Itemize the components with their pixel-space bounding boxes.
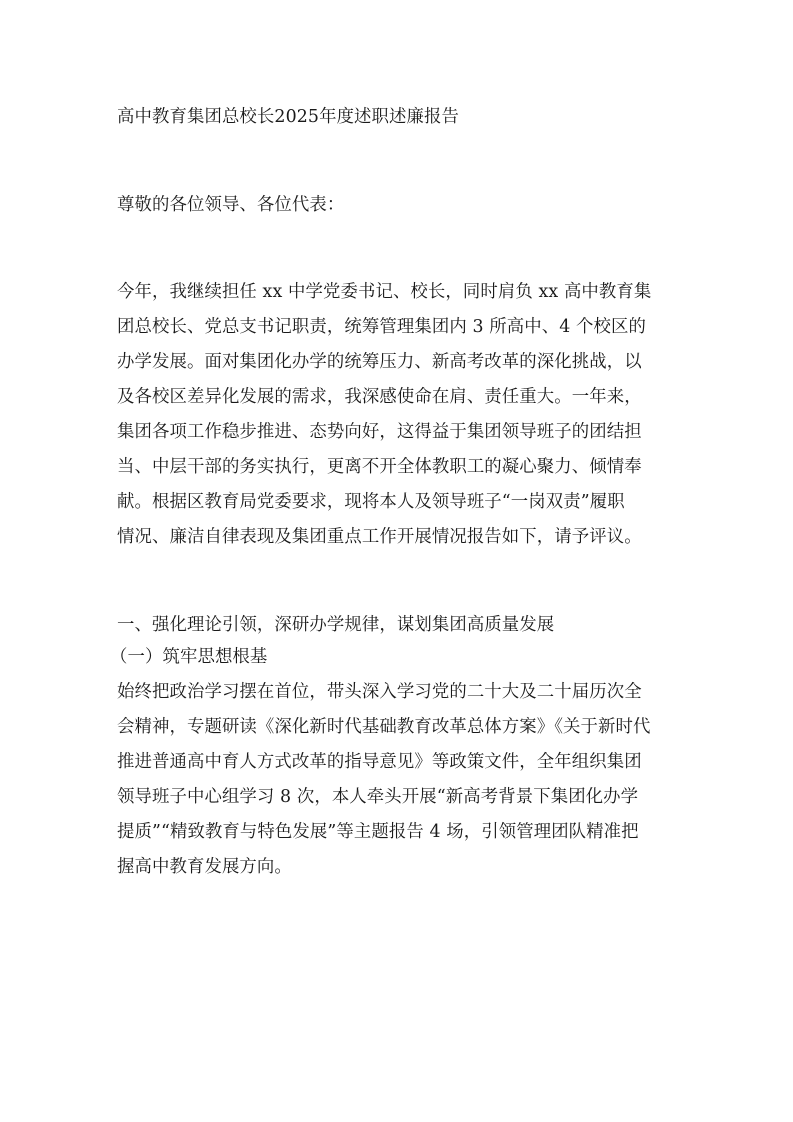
paragraph-line: 集团各项工作稳步推进、态势向好，这得益于集团领导班子的团结担 bbox=[117, 421, 642, 443]
salutation: 尊敬的各位领导、各位代表： bbox=[117, 194, 344, 216]
paragraph-line: 及各校区差异化发展的需求，我深感使命在肩、责任重大。一年来， bbox=[117, 386, 642, 408]
paragraph-line: 始终把政治学习摆在首位，带头深入学习党的二十大及二十届历次全 bbox=[117, 681, 642, 703]
paragraph-line: 提质”“精致教育与特色发展”等主题报告 4 场，引领管理团队精准把 bbox=[117, 821, 639, 843]
paragraph-line: 情况、廉洁自律表现及集团重点工作开展情况报告如下，请予评议。 bbox=[117, 526, 642, 548]
document-page: 高中教育集团总校长2025年度述职述廉报告 尊敬的各位领导、各位代表： 今年，我… bbox=[0, 0, 793, 1122]
paragraph-line: 献。根据区教育局党委要求，现将本人及领导班子“一岗双责”履职 bbox=[117, 491, 625, 513]
paragraph-line: 推进普通高中育人方式改革的指导意见》等政策文件，全年组织集团 bbox=[117, 751, 642, 773]
document-title: 高中教育集团总校长2025年度述职述廉报告 bbox=[117, 106, 459, 128]
paragraph-line: 当、中层干部的务实执行，更离不开全体教职工的凝心聚力、倾情奉 bbox=[117, 456, 642, 478]
paragraph-line: 今年，我继续担任 xx 中学党委书记、校长，同时肩负 xx 高中教育集 bbox=[117, 281, 651, 303]
paragraph-line: 会精神，专题研读《深化新时代基础教育改革总体方案》《关于新时代 bbox=[117, 716, 651, 738]
paragraph-line: 办学发展。面对集团化办学的统筹压力、新高考改革的深化挑战，以 bbox=[117, 351, 642, 373]
paragraph-line: 团总校长、党总支书记职责，统筹管理集团内 3 所高中、4 个校区的 bbox=[117, 316, 646, 338]
paragraph-line: 握高中教育发展方向。 bbox=[117, 856, 292, 878]
paragraph-line: 领导班子中心组学习 8 次，本人牵头开展“新高考背景下集团化办学 bbox=[117, 786, 638, 808]
section-subheading: （一）筑牢思想根基 bbox=[110, 646, 267, 668]
section-heading: 一、强化理论引领，深研办学规律，谋划集团高质量发展 bbox=[117, 614, 554, 636]
